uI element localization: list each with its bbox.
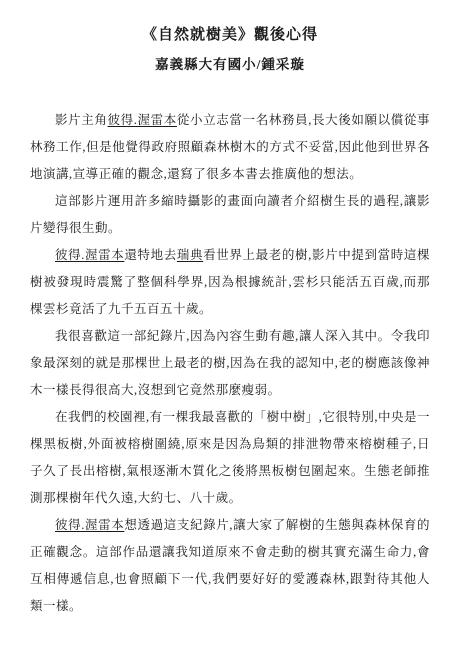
paragraph-5: 在我們的校園裡,有一棵我最喜歡的「樹中樹」,它很特別,中央是一棵黑板樹,外面被榕… [30,404,430,512]
text-segment: 我很喜歡這一部紀錄片,因為內容生動有趣,讓人深入其中。令我印象最深刻的就是那棵世… [30,329,430,397]
paragraph-3: 彼得.渥雷本還特地去瑞典看世界上最老的樹,影片中提到當時這棵樹被發現時震驚了整個… [30,242,430,323]
underlined-proper-noun: 彼得.渥雷本 [55,248,124,262]
document-byline: 嘉義縣大有國小/鍾采璇 [30,55,430,75]
document-title: 《自然就樹美》觀後心得 [30,24,430,46]
paragraph-2: 這部影片運用許多縮時攝影的畫面向讀者介紹樹生長的過程,讓影片變得很生動。 [30,188,430,242]
paragraph-4: 我很喜歡這一部紀錄片,因為內容生動有趣,讓人深入其中。令我印象最深刻的就是那棵世… [30,323,430,404]
document-page: 《自然就樹美》觀後心得 嘉義縣大有國小/鍾采璇 影片主角彼得.渥雷本從小立志當一… [0,0,458,648]
underlined-proper-noun: 瑞典 [177,248,203,262]
document-body: 影片主角彼得.渥雷本從小立志當一名林務員,長大後如願以償從事林務工作,但是他覺得… [30,107,430,620]
paragraph-1: 影片主角彼得.渥雷本從小立志當一名林務員,長大後如願以償從事林務工作,但是他覺得… [30,107,430,188]
text-segment: 在我們的校園裡,有一棵我最喜歡的「樹中樹」,它很特別,中央是一棵黑板樹,外面被榕… [30,410,430,505]
underlined-proper-noun: 彼得.渥雷本 [108,113,177,127]
text-segment: 影片主角 [55,113,108,127]
text-segment: 還特地去 [124,248,177,262]
paragraph-6: 彼得.渥雷本想透過這支紀錄片,讓大家了解樹的生態與森林保育的正確觀念。這部作品還… [30,512,430,620]
underlined-proper-noun: 彼得.渥雷本 [55,518,124,532]
text-segment: 這部影片運用許多縮時攝影的畫面向讀者介紹樹生長的過程,讓影片變得很生動。 [30,194,430,235]
text-segment: 想透過這支紀錄片,讓大家了解樹的生態與森林保育的正確觀念。這部作品還讓我知道原來… [30,518,430,613]
